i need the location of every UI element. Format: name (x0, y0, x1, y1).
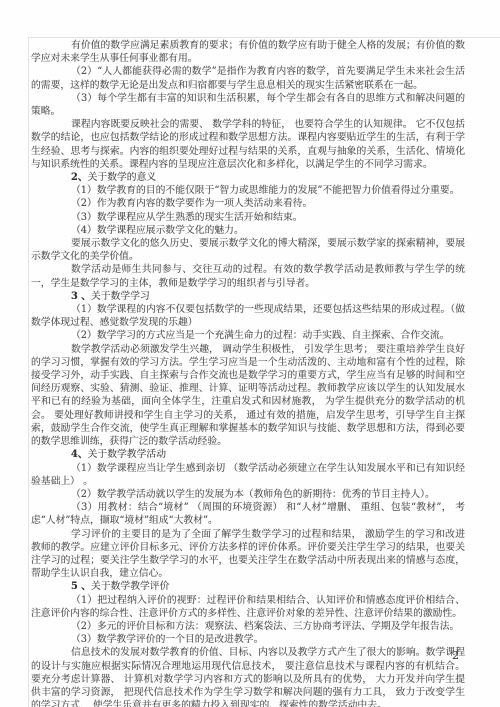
heading-title: 关于数学的意义 (88, 172, 157, 183)
document-page: 有价值的数学应满足素质教育的要求；有价值的数学应有助于健全人格的发展；有价值的数… (0, 0, 500, 707)
paragraph: 信息技术的发展对数学教育的价值、目标、内容以及教学方式产生了很大的影响。数学课程… (31, 646, 465, 707)
heading-number: 4、 (71, 449, 88, 460)
paragraph: （3）数学课程应从学生熟悉的现实生活开始和结束。 (31, 211, 465, 224)
paragraph: 数学活动是师生共同参与、交往互动的过程。有效的数学教学活动是教师教与学生学的统一… (31, 263, 465, 289)
heading-number: 2、 (71, 172, 88, 183)
paragraph: （1）数学课程的内容不仅要包括数学的一些现成结果，还要包括这些结果的形成过程。（… (31, 303, 465, 329)
paragraph: （2）作为教育内容的数学要作为一项人类活动来看待。 (31, 197, 465, 210)
paragraph: （2）数学教学活动就以学生的发展为本（教师角色的新期待：优秀的节目主持人）。 (31, 488, 465, 501)
section-heading: 4、关于数学教学活动 (31, 448, 465, 461)
paragraph: 数学教学活动必须激发学生兴趣， 调动学生积极性， 引发学生思考； 要注重培养学生… (31, 343, 465, 449)
heading-title: 关于数学教学活动 (88, 449, 166, 460)
document-content: 有价值的数学应满足素质教育的要求；有价值的数学应有助于健全人格的发展；有价值的数… (31, 39, 465, 707)
paragraph: 学习评价的主要目的是为了全面了解学生数学学习的过程和结果， 激励学生的学习和改进… (31, 528, 465, 581)
paragraph: （2）数学学习的方式应当是一个充满生命力的过程：动手实践、自主探索、合作交流。 (31, 329, 465, 342)
paragraph: （3）用教材：结合“境材” （周围的环境资源） 和“人材”增删、 重组、包装“教… (31, 501, 465, 527)
page-border-top-line (28, 37, 500, 38)
paragraph: （3）数学教学评价的一个目的是改进教学。 (31, 633, 465, 646)
paragraph: 有价值的数学应满足素质教育的要求；有价值的数学应有助于健全人格的发展；有价值的数… (31, 39, 465, 65)
page-border-left-line (28, 37, 29, 707)
paragraph: （1）把过程纳入评价的视野：过程评价和结果相结合、认知评价和情感态度评价相结合、… (31, 594, 465, 620)
paragraph: （1）数学课程应当让学生感到亲切 （数学活动必须建立在学生认知发展水平和已有知识… (31, 462, 465, 488)
paragraph: 课程内容既要反映社会的需要、 数学学科的特征， 也要符合学生的认知规律。 它不仅… (31, 118, 465, 171)
heading-title: 关于数学学习 (91, 291, 150, 302)
section-heading: 5 、关于数学教学评价 (31, 580, 465, 593)
paragraph: （1）数学教育的目的不能仅限于“智力或思维能力的发展”不能把智力价值看得过分重要… (31, 184, 465, 197)
paragraph: 要展示数学文化的悠久历史、要展示数学文化的博大精深，要展示数学家的探索精神，要展… (31, 237, 465, 263)
paragraph: （2）多元的评价目标和方法：观察法、档案袋法、三方协商考评法、学期及学年报告法。 (31, 620, 465, 633)
heading-number: 3 、 (71, 291, 91, 302)
paragraph: （2）“人人都能获得必需的数学”是指作为教育内容的数学，首先要满足学生未来社会生… (31, 65, 465, 91)
paragraph: （4）数学课程应展示数学文化的魅力。 (31, 224, 465, 237)
page-number: 2 (452, 649, 459, 662)
section-heading: 3 、关于数学学习 (31, 290, 465, 303)
section-heading: 2、关于数学的意义 (31, 171, 465, 184)
paragraph: （3）每个学生都有丰富的知识和生活积累，每个学生都会有各自的思维方式和解决问题的… (31, 92, 465, 118)
heading-number: 5 、 (71, 581, 91, 592)
heading-title: 关于数学教学评价 (91, 581, 169, 592)
